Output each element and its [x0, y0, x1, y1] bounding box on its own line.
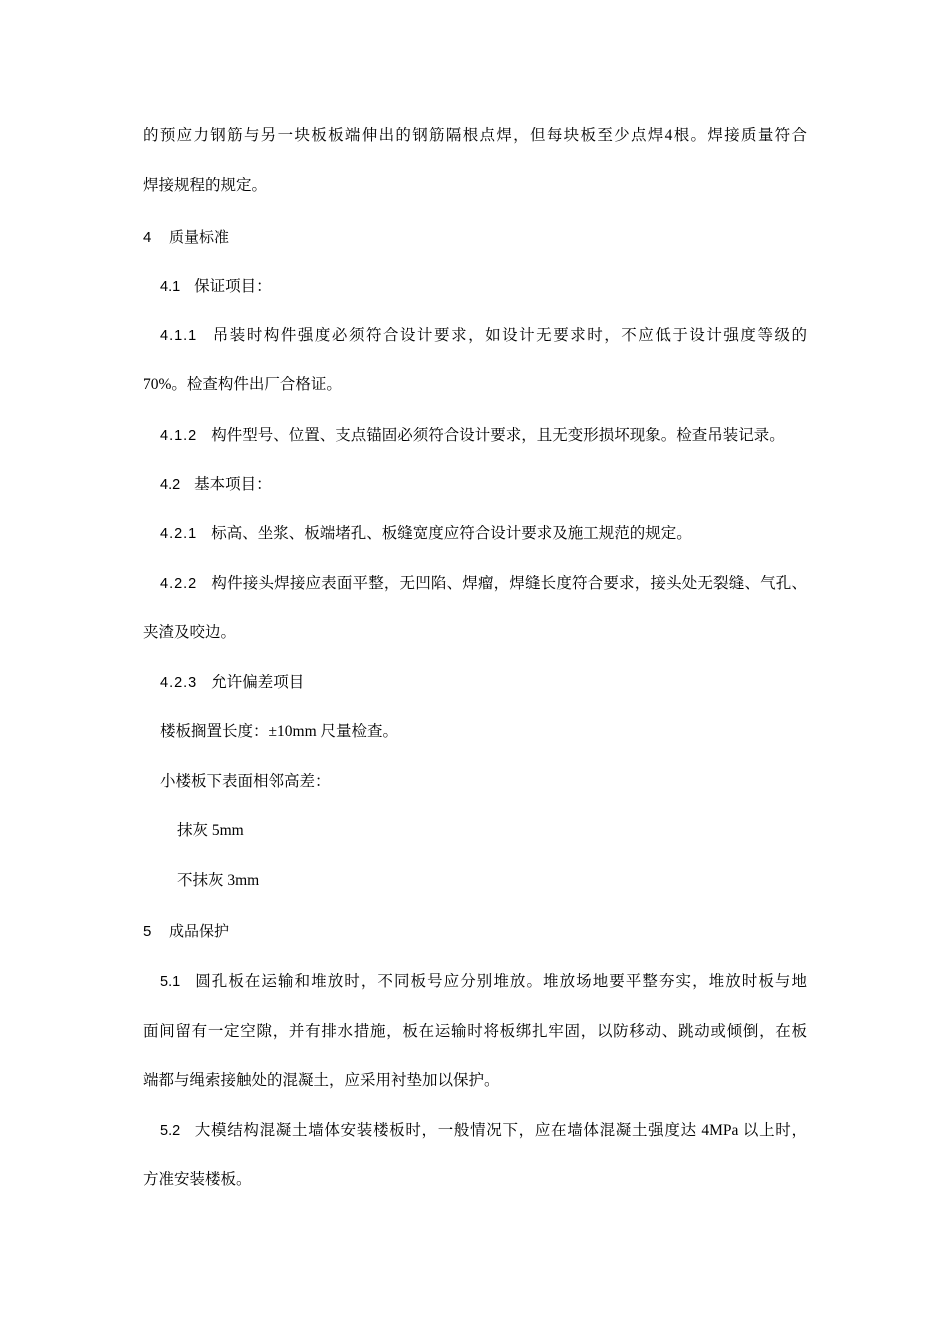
paragraph-text: 70%。检查构件出厂合格证。 — [143, 376, 342, 393]
section-title: 成品保护 — [169, 923, 229, 940]
paragraph-line: 夹渣及咬边。 — [143, 623, 236, 643]
paragraph-text: 面间留有一定空隙，并有排水措施，板在运输时将板绑扎牢固，以防移动、跳动或倾倒，在… — [143, 1023, 807, 1040]
clause-number: 4.1.1 — [160, 326, 197, 346]
paragraph-line: 端都与绳索接触处的混凝土，应采用衬垫加以保护。 — [143, 1071, 500, 1091]
subsection-heading-4-2: 4.2基本项目： — [160, 475, 272, 495]
tolerance-subitem: 抹灰 5mm — [177, 821, 244, 841]
clause-title: 保证项目： — [194, 278, 272, 295]
clause-text: 构件型号、位置、支点锚固必须符合设计要求，且无变形损坏现象。检查吊装记录。 — [211, 427, 785, 444]
clause-text: 吊装时构件强度必须符合设计要求，如设计无要求时，不应低于设计强度等级的 — [211, 327, 807, 344]
tolerance-item: 楼板搁置长度：±10mm 尺量检查。 — [160, 722, 398, 742]
clause-number: 5.2 — [160, 1121, 180, 1141]
section-heading-4: 4质量标准 — [143, 228, 229, 248]
tolerance-text: 不抹灰 3mm — [177, 872, 259, 889]
paragraph-text: 方准安装楼板。 — [143, 1171, 252, 1188]
clause-text: 标高、坐浆、板端堵孔、板缝宽度应符合设计要求及施工规范的规定。 — [211, 525, 692, 542]
clause-5-1: 5.1圆孔板在运输和堆放时，不同板号应分别堆放。堆放场地要平整夯实，堆放时板与地 — [160, 972, 807, 992]
paragraph-text: 端都与绳索接触处的混凝土，应采用衬垫加以保护。 — [143, 1072, 500, 1089]
paragraph-text: 的预应力钢筋与另一块板板端伸出的钢筋隔根点焊，但每块板至少点焊4根。焊接质量符合 — [143, 127, 807, 144]
section-number: 5 — [143, 922, 169, 942]
paragraph-line: 焊接规程的规定。 — [143, 176, 267, 196]
clause-number: 4.1 — [160, 277, 180, 297]
document-page: 的预应力钢筋与另一块板板端伸出的钢筋隔根点焊，但每块板至少点焊4根。焊接质量符合… — [0, 0, 950, 1344]
clause-4-1-1: 4.1.1吊装时构件强度必须符合设计要求，如设计无要求时，不应低于设计强度等级的 — [160, 326, 807, 346]
paragraph-text: 夹渣及咬边。 — [143, 624, 236, 641]
paragraph-line: 的预应力钢筋与另一块板板端伸出的钢筋隔根点焊，但每块板至少点焊4根。焊接质量符合 — [143, 126, 807, 146]
clause-number: 4.1.2 — [160, 426, 197, 446]
paragraph-line: 70%。检查构件出厂合格证。 — [143, 375, 342, 395]
clause-text: 圆孔板在运输和堆放时，不同板号应分别堆放。堆放场地要平整夯实，堆放时板与地 — [194, 973, 807, 990]
subsection-heading-4-1: 4.1保证项目： — [160, 277, 272, 297]
clause-4-2-1: 4.2.1标高、坐浆、板端堵孔、板缝宽度应符合设计要求及施工规范的规定。 — [160, 524, 692, 544]
clause-4-2-2: 4.2.2构件接头焊接应表面平整，无凹陷、焊瘤，焊缝长度符合要求，接头处无裂缝、… — [160, 574, 807, 594]
clause-number: 4.2.3 — [160, 673, 197, 693]
clause-5-2: 5.2大模结构混凝土墙体安装楼板时，一般情况下，应在墙体混凝土强度达 4MPa … — [160, 1121, 807, 1141]
section-title: 质量标准 — [169, 229, 229, 246]
clause-text: 允许偏差项目 — [211, 674, 304, 691]
clause-4-2-3: 4.2.3允许偏差项目 — [160, 673, 304, 693]
tolerance-item: 小楼板下表面相邻高差： — [160, 772, 331, 792]
section-number: 4 — [143, 228, 169, 248]
paragraph-line: 面间留有一定空隙，并有排水措施，板在运输时将板绑扎牢固，以防移动、跳动或倾倒，在… — [143, 1022, 807, 1042]
tolerance-text: 楼板搁置长度：±10mm 尺量检查。 — [160, 723, 398, 740]
clause-number: 4.2.1 — [160, 524, 197, 544]
tolerance-text: 小楼板下表面相邻高差： — [160, 773, 331, 790]
clause-number: 5.1 — [160, 972, 180, 992]
paragraph-line: 方准安装楼板。 — [143, 1170, 252, 1190]
tolerance-subitem: 不抹灰 3mm — [177, 871, 259, 891]
clause-number: 4.2 — [160, 475, 180, 495]
clause-text: 构件接头焊接应表面平整，无凹陷、焊瘤，焊缝长度符合要求，接头处无裂缝、气孔、 — [211, 575, 807, 592]
clause-4-1-2: 4.1.2构件型号、位置、支点锚固必须符合设计要求，且无变形损坏现象。检查吊装记… — [160, 426, 785, 446]
section-heading-5: 5成品保护 — [143, 922, 229, 942]
clause-text: 大模结构混凝土墙体安装楼板时，一般情况下，应在墙体混凝土强度达 4MPa 以上时… — [194, 1122, 807, 1139]
clause-title: 基本项目： — [194, 476, 272, 493]
tolerance-text: 抹灰 5mm — [177, 822, 244, 839]
clause-number: 4.2.2 — [160, 574, 197, 594]
paragraph-text: 焊接规程的规定。 — [143, 177, 267, 194]
